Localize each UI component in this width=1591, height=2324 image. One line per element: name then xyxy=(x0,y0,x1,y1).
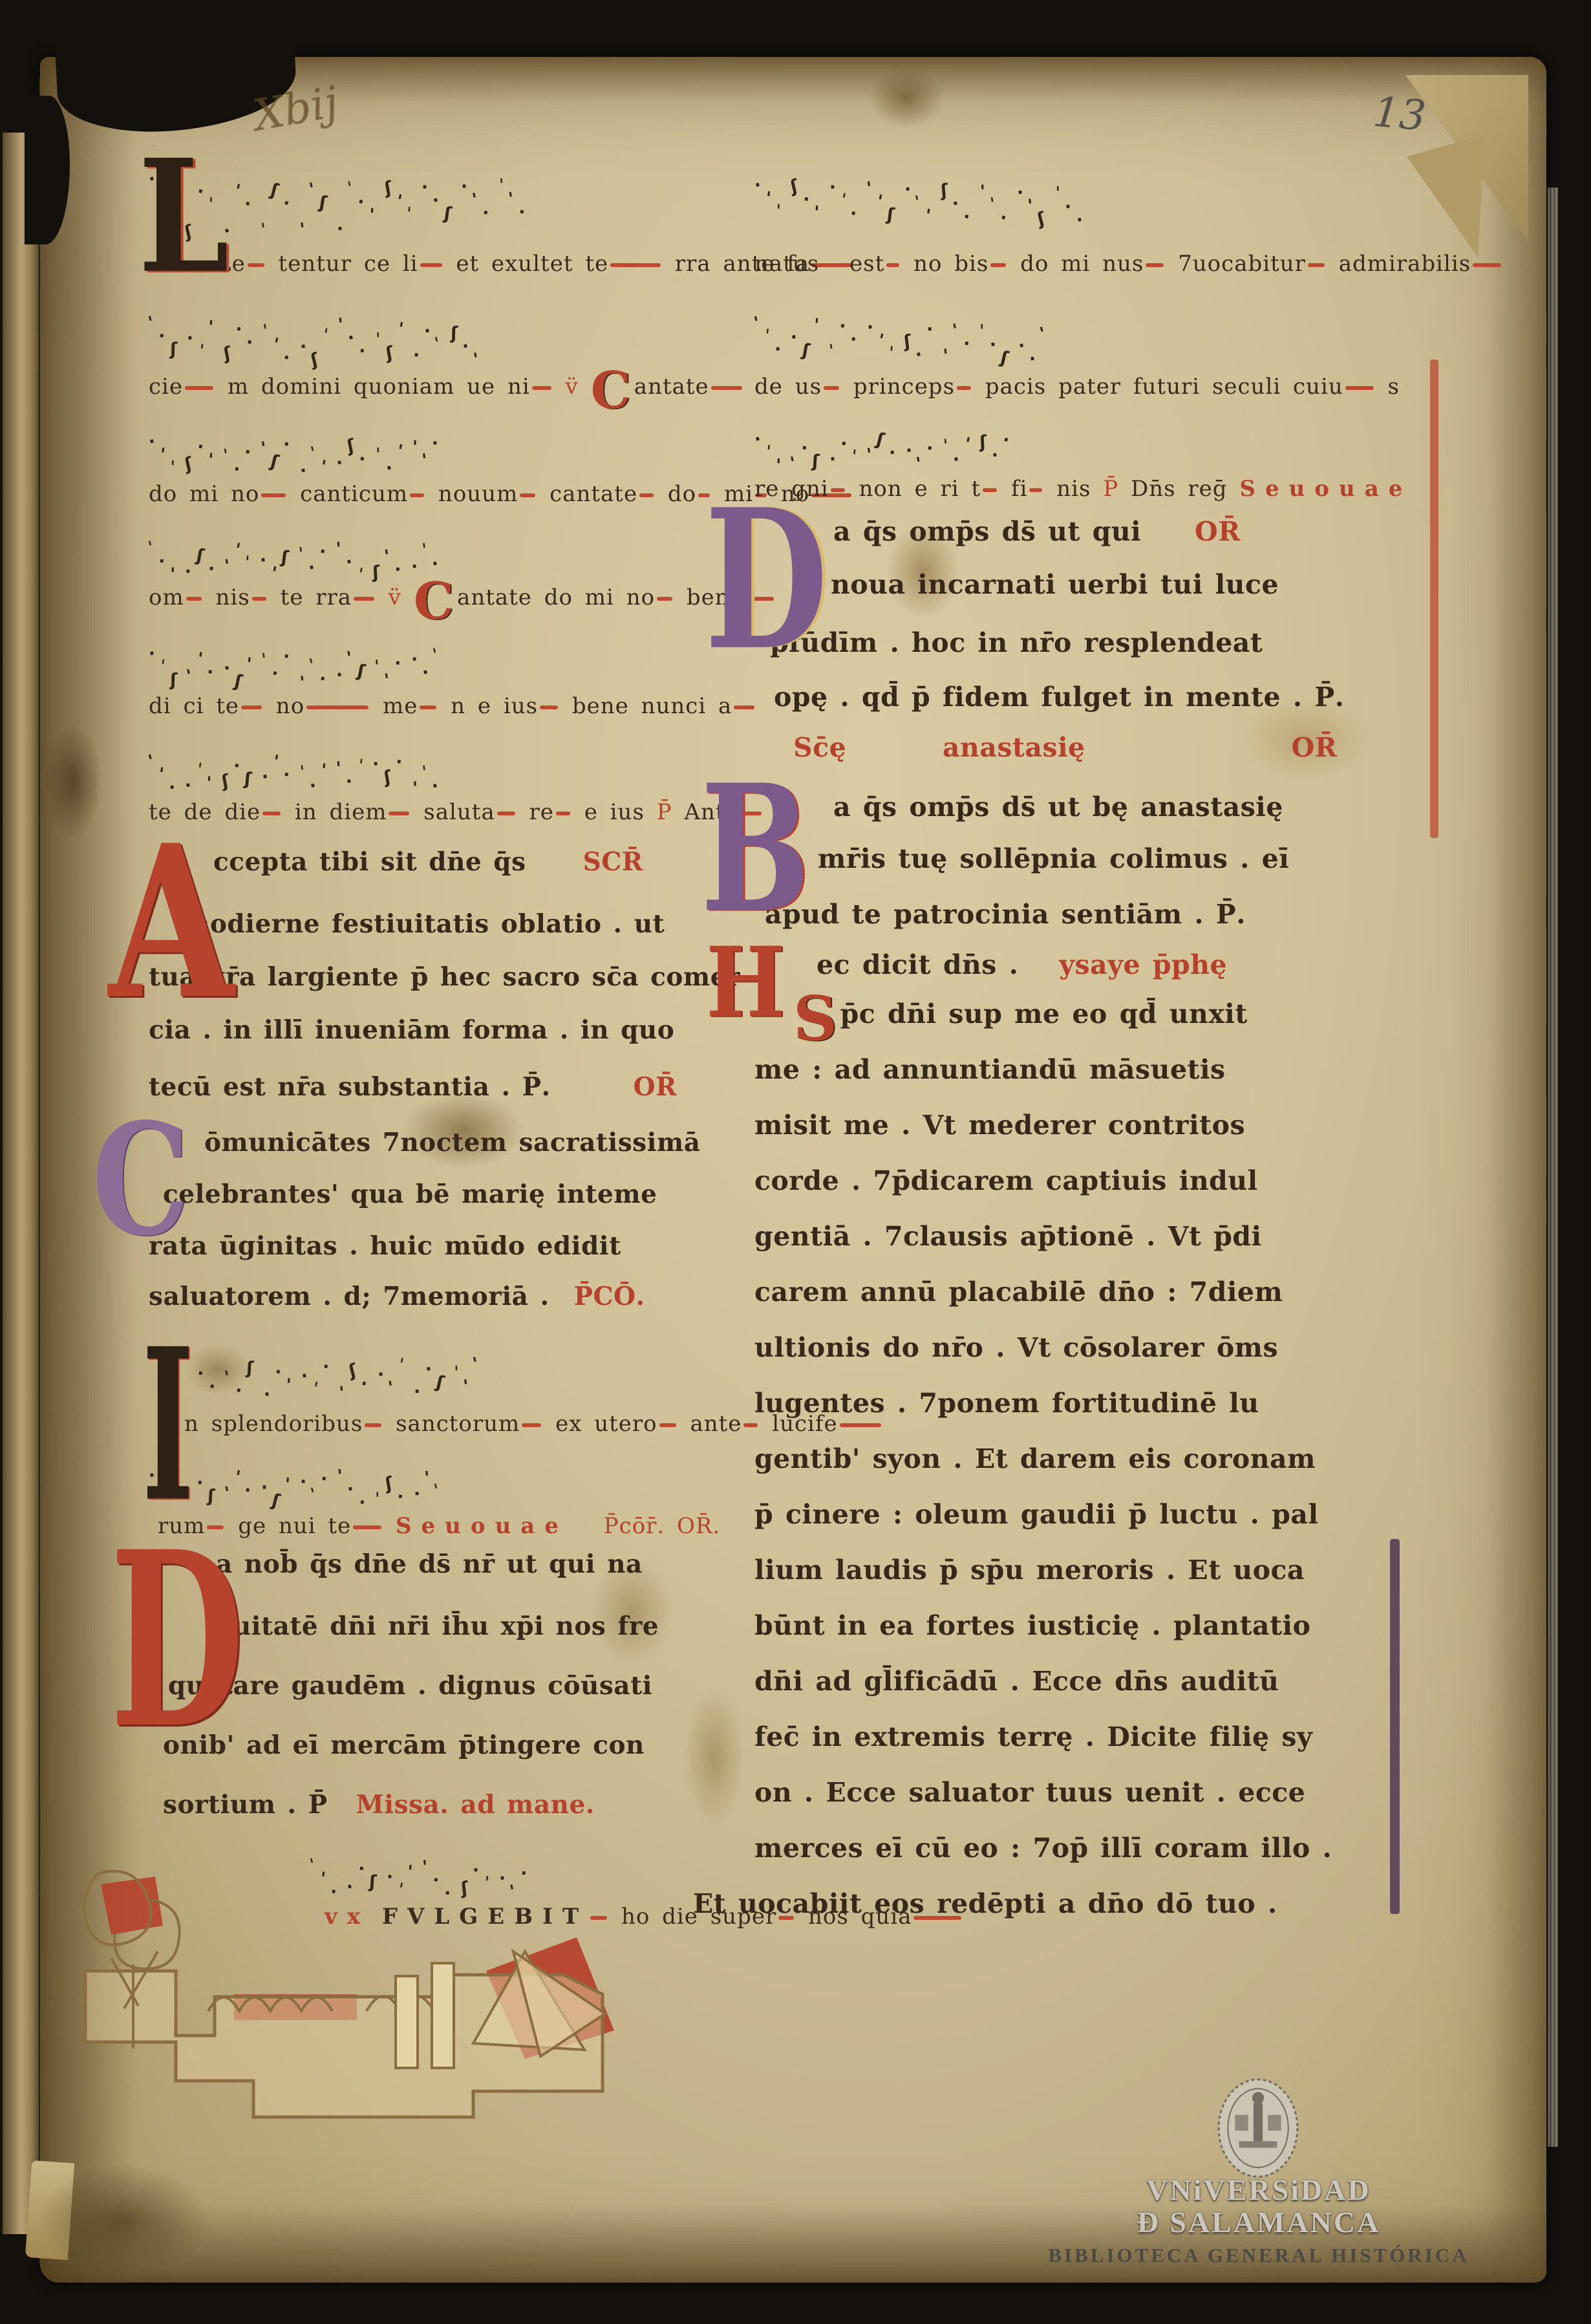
prose-text-line: ōmunicātes 7noctem sacratissimā xyxy=(204,1128,701,1157)
prose-text-line: p̄ cinere : oleum gaudii p̄ luctu . pal xyxy=(754,1499,1319,1530)
manuscript-text: do xyxy=(544,585,573,610)
manuscript-text: me xyxy=(383,693,418,719)
prose-text-line: sortium . P̄ Missa. ad mane. xyxy=(163,1790,595,1820)
chant-text-line: te de die in diem saluta re e ius P̄ Ant… xyxy=(149,799,763,825)
manuscript-text: me : ad annuntiandū māsuetis xyxy=(754,1054,1226,1085)
manuscript-text: sortium . P̄ xyxy=(163,1790,328,1820)
rubric-text: Missa. ad mane. xyxy=(356,1790,595,1820)
prose-text-line: Sc̄ę anastasię OR̄ xyxy=(793,732,1337,763)
chant-text-line: re gni non e ri t fi nis P̄ Dn̄s reḡ Seu… xyxy=(754,476,1412,502)
prose-text-line: merces eī cū eo : 7op̄ illī coram illo . xyxy=(754,1833,1332,1864)
chant-text-line: natus est no bis do mi nus 7uocabitur ad… xyxy=(754,251,1503,277)
manuscript-text: a xyxy=(718,693,732,719)
prose-text-line: corde . 7p̄dicarem captiuis indul xyxy=(754,1165,1258,1196)
manuscript-text: tecū est nr̄a substantia . P̄. xyxy=(149,1072,551,1102)
manuscript-text: ultionis do nr̄o . Vt cōsolarer ōms xyxy=(754,1332,1278,1363)
manuscript-text: fec̄ in extremis terrę . Dicite filię sy xyxy=(754,1721,1312,1752)
manuscript-text: ōmunicātes 7noctem sacratissimā xyxy=(204,1128,701,1157)
right-edge-shadow xyxy=(1488,57,1546,2283)
initial-H-hec-dicit: H xyxy=(706,944,785,1022)
rubric-text: v̈ xyxy=(389,585,401,610)
manuscript-text: dn̄i ad gl̄ificādū . Ecce dn̄s auditū xyxy=(754,1666,1279,1697)
manuscript-text: p̄c dn̄i sup me eo qd̄ unxit xyxy=(840,998,1248,1029)
manuscript-text: mr̄is tuę sollēpnia colimus . eī xyxy=(818,843,1289,874)
prose-text-line: fec̄ in extremis terrę . Dicite filię sy xyxy=(754,1721,1312,1752)
manuscript-text: opę . qd̄ p̄ fidem fulget in mente . P̄. xyxy=(774,682,1344,713)
prose-text-line: lium laudis p̄ sp̄u meroris . Et uoca xyxy=(754,1555,1305,1586)
chant-text-line: de us princeps pacis pater futuri seculi… xyxy=(754,374,1400,400)
manuscript-text: te xyxy=(328,1513,351,1539)
rubric-text: Seuouae xyxy=(396,1513,568,1539)
manuscript-text: sanctorum xyxy=(396,1411,520,1437)
manuscript-text: misit me . Vt mederer contritos xyxy=(754,1110,1245,1141)
manuscript-text: te xyxy=(585,251,608,277)
prose-text-line: Et uocabiit eos redēpti a dn̄o dō tuo . xyxy=(693,1888,1277,1919)
prose-text-line: apud te patrocinia sentiām . P̄. xyxy=(765,899,1246,930)
logo-library-line: BIBLIOTECA GENERAL HISTÓRICA xyxy=(994,2244,1524,2267)
manuscript-text: ec dicit dn̄s . xyxy=(817,949,1018,980)
rubric-text: P̄cōr̄. OR̄. xyxy=(604,1513,721,1539)
prose-text-line: p̄fūdīm . hoc in nr̄o resplendeat xyxy=(770,627,1263,658)
manuscript-text: a q̄s omp̄s ds̄ ut qui xyxy=(833,516,1141,547)
prose-text-line: gentib' syon . Et darem eis coronam xyxy=(754,1443,1316,1474)
manuscript-text: no bis xyxy=(913,251,988,277)
manuscript-text: domini xyxy=(261,374,341,400)
manuscript-text: merces eī cū eo : 7op̄ illī coram illo . xyxy=(754,1833,1332,1864)
chant-text-line: cie m domini quoniam ue ni v̈ Cantate xyxy=(149,374,744,400)
manuscript-page: Xbij 13 ·ˈ' ʃ·ˈ ·'· ˈʃ· ''ʃ ·ˈ·' ʃ'ˈ ··ʃ… xyxy=(40,57,1546,2283)
prose-text-line: a q̄s omp̄s ds̄ ut qui OR̄ xyxy=(833,516,1241,547)
manuscript-text: rra xyxy=(315,585,352,610)
manuscript-text: apud te patrocinia sentiām . P̄. xyxy=(765,899,1246,930)
manuscript-text: et xyxy=(456,251,479,277)
parchment-tab xyxy=(25,2160,74,2260)
rubric-text: P̄ xyxy=(657,799,672,825)
manuscript-text: ccepta tibi sit dn̄e q̄s xyxy=(213,847,526,877)
manuscript-text: ex utero xyxy=(555,1411,657,1437)
manuscript-text: C xyxy=(591,361,632,420)
manuscript-text: om xyxy=(149,585,184,610)
manuscript-text: in xyxy=(295,799,317,825)
prose-text-line: ultionis do nr̄o . Vt cōsolarer ōms xyxy=(754,1332,1278,1363)
manuscript-text: S xyxy=(793,983,838,1055)
manuscript-text: antate xyxy=(457,585,532,610)
manuscript-text: ni xyxy=(507,374,530,400)
rubric-text: v̈ xyxy=(566,374,579,400)
manuscript-text: pacis xyxy=(985,374,1046,400)
manuscript-text: s xyxy=(1388,374,1400,400)
manuscript-text: no xyxy=(231,481,259,507)
manuscript-text: carem annū placabilē dn̄o : 7diem xyxy=(754,1276,1283,1307)
manuscript-text: nunci xyxy=(641,693,707,719)
manuscript-text: lium laudis p̄ sp̄u meroris . Et uoca xyxy=(754,1555,1305,1586)
manuscript-photo: Xbij 13 ·ˈ' ʃ·ˈ ·'· ˈʃ· ''ʃ ·ˈ·' ʃ'ˈ ··ʃ… xyxy=(0,0,1591,2324)
rubric-text: OR̄ xyxy=(1195,516,1241,547)
manuscript-text: n splendoribus xyxy=(184,1411,363,1437)
manuscript-text: celebrantes' qua bē marię inteme xyxy=(163,1179,657,1209)
manuscript-text: corde . 7p̄dicarem captiuis indul xyxy=(754,1165,1258,1196)
manuscript-text: no xyxy=(626,585,655,610)
manuscript-text: gentiā . 7clausis ap̄tionē . Vt p̄di xyxy=(754,1221,1262,1252)
manuscript-text: gentib' syon . Et darem eis coronam xyxy=(754,1443,1316,1474)
chant-text-line: om nis te rra v̈ Cantate do mi no bene xyxy=(149,585,776,610)
logo-institution-line1: VNiVERSiDAD xyxy=(1052,2173,1466,2207)
manuscript-text: cie xyxy=(149,374,183,400)
prose-text-line: carem annū placabilē dn̄o : 7diem xyxy=(754,1276,1283,1307)
manuscript-text: ius xyxy=(610,799,645,825)
initial-I-in-splendoribus: I xyxy=(142,1342,194,1509)
rubric-text: anastasię xyxy=(943,732,1085,763)
prose-text-line: opę . qd̄ p̄ fidem fulget in mente . P̄. xyxy=(774,682,1344,713)
underlying-page-edge xyxy=(3,133,40,2234)
manuscript-text: pater xyxy=(1058,374,1121,400)
prose-text-line: tecū est nr̄a substantia . P̄. OR̄ xyxy=(149,1072,677,1102)
manuscript-text: e xyxy=(584,799,598,825)
page-stack-edge xyxy=(1548,188,1558,2147)
prose-text-line: Sp̄c dn̄i sup me eo qd̄ unxit xyxy=(793,998,1248,1029)
manuscript-text: tiuitatē dn̄i nr̄i ih̄u xp̄i nos fre xyxy=(211,1611,659,1641)
prose-text-line: hodierne festiuitatis oblatio . ut xyxy=(191,909,665,939)
manuscript-text: futuri xyxy=(1133,374,1200,400)
initial-A-accepta: A xyxy=(109,838,234,1006)
prose-text-line: me : ad annuntiandū māsuetis xyxy=(754,1054,1226,1085)
manuscript-text: diem xyxy=(329,799,387,825)
prose-text-line: gentiā . 7clausis ap̄tionē . Vt p̄di xyxy=(754,1221,1262,1252)
manuscript-text: no xyxy=(276,693,304,719)
chant-text-line: di ci te no me n e ius bene nunci a xyxy=(149,693,756,719)
manuscript-text: t xyxy=(972,476,981,502)
manuscript-text: do xyxy=(149,481,177,507)
manuscript-text: quoniam xyxy=(354,374,454,400)
logo-institution-line2: Đ SALAMANCA xyxy=(1052,2205,1466,2239)
initial-L-letentur: L xyxy=(138,155,230,279)
manuscript-text: admirabilis xyxy=(1339,251,1471,277)
manuscript-text: n xyxy=(451,693,465,719)
manuscript-text: on . Ecce saluator tuus uenit . ecce xyxy=(754,1777,1305,1808)
manuscript-text: ce xyxy=(364,251,390,277)
manuscript-text: ci xyxy=(183,693,204,719)
manuscript-text: canticum xyxy=(300,481,408,507)
manuscript-text: mi xyxy=(585,585,614,610)
manuscript-text: a nob̄ q̄s dn̄e ds̄ nr̄ ut qui na xyxy=(216,1549,643,1579)
prose-text-line: noua incarnati uerbi tui luce xyxy=(831,569,1279,600)
prose-text-line: dn̄i ad gl̄ificādū . Ecce dn̄s auditū xyxy=(754,1666,1279,1697)
manuscript-text: nouum xyxy=(438,481,518,507)
manuscript-text: princeps xyxy=(853,374,955,400)
rubric-text: OR̄ xyxy=(634,1072,677,1102)
initial-D-da-quesumus: D xyxy=(705,503,828,657)
manuscript-text: antate xyxy=(634,374,709,400)
prose-text-line: saluatorem . d; 7memoriā . P̄CŌ. xyxy=(149,1282,645,1311)
initial-B-da-anastasie: B xyxy=(701,780,810,920)
rubric-text: ysaye p̄phę xyxy=(1059,949,1227,980)
prose-text-line: misit me . Vt mederer contritos xyxy=(754,1110,1245,1141)
manuscript-text: rata ūginitas . huic mūdo edidit xyxy=(149,1231,621,1261)
manuscript-text: te xyxy=(216,693,239,719)
manuscript-text: e xyxy=(478,693,491,719)
manuscript-text: nui xyxy=(279,1513,316,1539)
folded-corner-crease xyxy=(1407,134,1484,257)
manuscript-text: li xyxy=(403,251,418,277)
prose-text-line: būnt in ea fortes iusticię . plantatio xyxy=(754,1610,1310,1641)
manuscript-text: ri xyxy=(941,476,959,502)
manuscript-text: mi xyxy=(189,481,219,507)
manuscript-text: tentur xyxy=(279,251,352,277)
manuscript-text: re xyxy=(529,799,554,825)
initial-C-communicantes: C xyxy=(92,1119,189,1242)
manuscript-text: e xyxy=(915,476,928,502)
manuscript-text: non xyxy=(859,476,902,502)
manuscript-text: nis xyxy=(1056,476,1091,502)
rubric-text: OR̄ xyxy=(1292,732,1338,763)
rubric-text: SCR̄ xyxy=(583,847,643,877)
decorated-initial-lux xyxy=(72,1861,693,2120)
prose-text-line: a q̄s omp̄s ds̄ ut bę anastasię xyxy=(833,791,1283,823)
prose-text-line: ccepta tibi sit dn̄e q̄s SCR̄ xyxy=(213,847,643,877)
rubric-text: P̄CŌ. xyxy=(574,1282,645,1311)
manuscript-text: p̄fūdīm . hoc in nr̄o resplendeat xyxy=(770,627,1263,658)
prose-text-line: ec dicit dn̄s . ysaye p̄phę xyxy=(817,949,1227,980)
manuscript-text: Dn̄s reḡ xyxy=(1131,476,1228,502)
manuscript-text: cantate xyxy=(550,481,637,507)
manuscript-text: a q̄s omp̄s ds̄ ut bę anastasię xyxy=(833,791,1283,823)
red-margin-line xyxy=(1430,360,1438,838)
manuscript-text: tua gr̄a largiente p̄ hec sacro sc̄a com… xyxy=(149,962,740,992)
manuscript-text: cuiu xyxy=(1293,374,1343,400)
initial-D-da-nobis: D xyxy=(110,1544,244,1737)
manuscript-text: lugentes . 7ponem fortitudinē lu xyxy=(754,1388,1259,1419)
manuscript-text: bene xyxy=(572,693,629,719)
prose-text-line: tiuitatē dn̄i nr̄i ih̄u xp̄i nos fre xyxy=(211,1611,659,1641)
right-text-column: ·'ˈ ʃ·' ·ˈ· ''ʃ ·ˈ' ʃ·· 'ˈ· ·'ʃ ˈ·· natu… xyxy=(754,57,1378,2283)
prose-text-line: tua gr̄a largiente p̄ hec sacro sc̄a com… xyxy=(149,962,740,992)
manuscript-text: de us xyxy=(754,374,822,400)
manuscript-text: hodierne festiuitatis oblatio . ut xyxy=(191,909,665,939)
manuscript-text: est xyxy=(849,251,884,277)
manuscript-text: do mi nus xyxy=(1020,251,1144,277)
manuscript-text: fi xyxy=(1011,476,1027,502)
prose-text-line: a nob̄ q̄s dn̄e ds̄ nr̄ ut qui na xyxy=(216,1549,643,1579)
manuscript-text: Et uocabiit eos redēpti a dn̄o dō tuo . xyxy=(693,1888,1277,1919)
prose-text-line: rata ūginitas . huic mūdo edidit xyxy=(149,1231,621,1261)
manuscript-text: do xyxy=(668,481,696,507)
prose-text-line: celebrantes' qua bē marię inteme xyxy=(163,1179,657,1209)
prose-text-line: mr̄is tuę sollēpnia colimus . eī xyxy=(818,843,1289,874)
manuscript-text: C xyxy=(414,572,454,631)
manuscript-text: saluta xyxy=(423,799,495,825)
manuscript-text: nis xyxy=(216,585,250,610)
manuscript-text: m xyxy=(228,374,249,400)
manuscript-text: rra xyxy=(675,251,711,277)
university-seal-icon xyxy=(1215,2074,1301,2182)
prose-text-line: lugentes . 7ponem fortitudinē lu xyxy=(754,1388,1259,1419)
manuscript-text: saluatorem . d; 7memoriā . xyxy=(149,1282,550,1311)
manuscript-text: natus xyxy=(754,251,819,277)
manuscript-text: ius xyxy=(504,693,538,719)
manuscript-text: ue xyxy=(467,374,495,400)
manuscript-text: di xyxy=(149,693,171,719)
folio-number: 13 xyxy=(1371,89,1428,141)
manuscript-text: būnt in ea fortes iusticię . plantatio xyxy=(754,1610,1310,1641)
prose-text-line: on . Ecce saluator tuus uenit . ecce xyxy=(754,1777,1305,1808)
manuscript-text: seculi xyxy=(1212,374,1281,400)
rubric-text: P̄ xyxy=(1103,476,1118,502)
manuscript-text: te xyxy=(281,585,304,610)
manuscript-text: noua incarnati uerbi tui luce xyxy=(831,569,1279,600)
rubric-text: Seuouae xyxy=(1239,476,1412,502)
manuscript-text: p̄ cinere : oleum gaudii p̄ luctu . pal xyxy=(754,1499,1319,1530)
purple-margin-line xyxy=(1390,1539,1400,1914)
manuscript-text: 7uocabitur xyxy=(1178,251,1306,277)
manuscript-text: ante xyxy=(690,1411,742,1437)
manuscript-text: exultet xyxy=(491,251,573,277)
